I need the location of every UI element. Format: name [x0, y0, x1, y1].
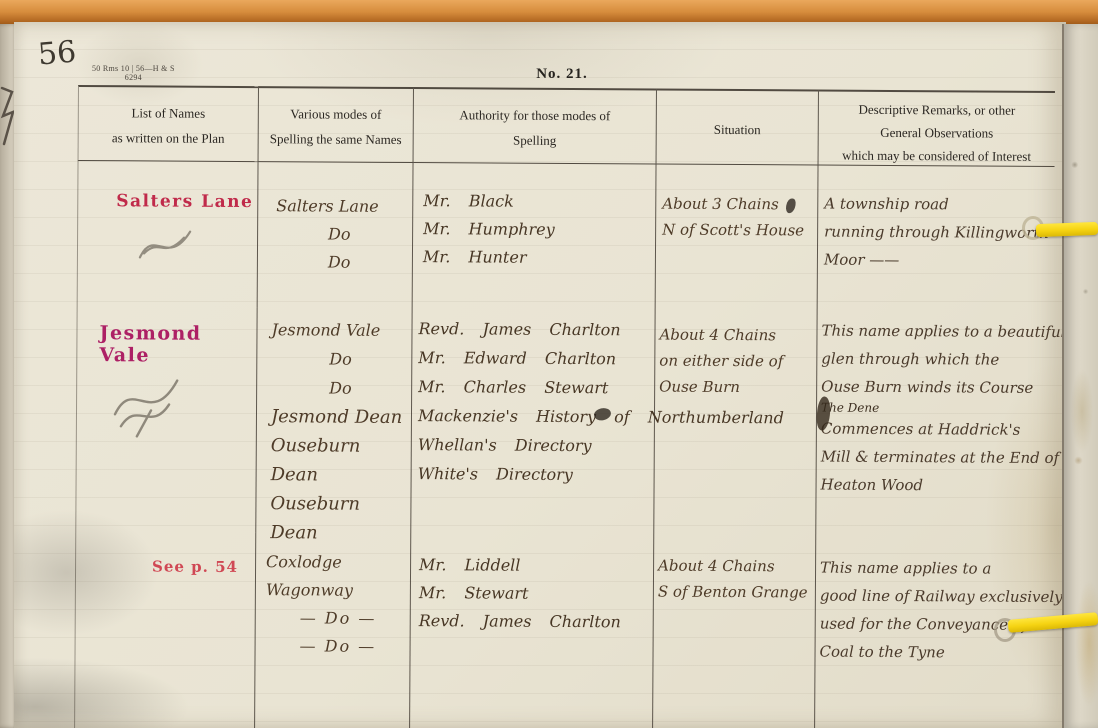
remark-line: Moor —— — [824, 246, 1054, 275]
remark-line: A township road — [824, 190, 1054, 219]
header-situation: Situation — [657, 89, 819, 166]
header-authority: Authority for those modes of Spelling — [414, 87, 657, 164]
header-spelling-line2: Spelling the same Names — [259, 126, 413, 152]
yellow-ribbon-tie — [1036, 222, 1098, 237]
row2-spellings-cell: Jesmond Vale Do Do Jesmond Dean Ouseburn… — [256, 307, 412, 533]
row2-authorities-cell: Revd. James Charlton Mr. Edward Charlton… — [411, 308, 655, 534]
remark-line: This name applies to a beautiful — [821, 317, 1053, 346]
scanned-register-document: 56 50 Rms 10 | 56—H & S 6294 No. 21. Lis… — [0, 0, 1098, 728]
remark-line: good line of Railway exclusively — [820, 582, 1052, 611]
spelling-line: Do — [276, 220, 412, 249]
register-table: List of Names as written on the Plan Var… — [74, 85, 1055, 728]
header-spelling-line1: Various modes of — [259, 101, 413, 127]
remark-line: Heaton Wood — [820, 471, 1052, 500]
header-remarks-line1: Descriptive Remarks, or other — [819, 98, 1055, 122]
row3-plan-name-cell: See p. 54 — [74, 531, 256, 728]
plan-name-salters-lane: Salters Lane — [116, 191, 257, 212]
spelling-line: — Do — — [265, 632, 409, 661]
printers-code-line2: 6294 — [92, 73, 175, 82]
row3-situation-cell: About 4 Chains S of Benton Grange — [653, 535, 816, 728]
pencil-checkmark — [107, 370, 217, 441]
printers-code-line1: 50 Rms 10 | 56—H & S — [92, 64, 175, 73]
header-authority-line2: Spelling — [414, 127, 656, 153]
situation-line: About 4 Chains — [659, 322, 816, 349]
row1-situation-cell: About 3 Chains N of Scott's House — [656, 165, 819, 311]
plan-note-see-p54: See p. 54 — [152, 557, 255, 576]
row3-authorities-cell: Mr. Liddell Mr. Stewart Revd. James Char… — [410, 533, 654, 728]
header-names-line2: as written on the Plan — [79, 125, 258, 151]
authority-line: Mr. Humphrey — [423, 215, 655, 244]
spelling-line: Jesmond Vale — [271, 315, 411, 345]
spelling-line: Do — [271, 344, 411, 374]
spelling-line: Coxlodge Wagonway — [266, 548, 410, 605]
authority-line: Mr. Hunter — [423, 243, 655, 272]
header-descriptive-remarks: Descriptive Remarks, or other General Ob… — [819, 90, 1055, 167]
spelling-line: Do — [271, 373, 411, 403]
spelling-line: Jesmond Dean — [271, 402, 411, 432]
row1-plan-name-cell: Salters Lane — [77, 161, 259, 307]
row1-remarks-cell: A township road running through Killingw… — [818, 166, 1055, 312]
spelling-line: — Do — — [266, 604, 410, 633]
pencil-checkmark — [134, 223, 224, 272]
remark-line-inserted: The Dene — [821, 401, 1053, 416]
authority-line: Mackenzie's History of Northumberland — [418, 401, 654, 431]
situation-line: on either side of — [659, 348, 816, 375]
situation-line: N of Scott's House — [662, 217, 817, 244]
row1-authorities-cell: Mr. Black Mr. Humphrey Mr. Hunter — [413, 163, 657, 309]
header-names-line1: List of Names — [79, 100, 258, 126]
sheet-number-title: No. 21. — [482, 66, 642, 83]
remark-line: Mill & terminates at the End of — [821, 443, 1053, 472]
remark-line: Commences at Haddrick's — [821, 415, 1053, 444]
authority-line: Whellan's Directory — [418, 430, 654, 460]
header-authority-line1: Authority for those modes of — [414, 102, 656, 128]
authority-line: Mr. Charles Stewart — [418, 372, 654, 402]
header-list-of-names: List of Names as written on the Plan — [78, 85, 259, 162]
spelling-line: Salters Lane — [276, 192, 412, 221]
situation-line: About 3 Chains — [662, 195, 779, 214]
page-number: 56 — [37, 34, 78, 72]
authority-line: Revd. James Charlton — [418, 314, 654, 344]
ink-stamp-icon — [785, 197, 797, 213]
row2-remarks-cell: This name applies to a beautiful glen th… — [816, 311, 1053, 537]
authority-line: Mr. Black — [423, 187, 655, 216]
spelling-line: Ouseburn Dean — [271, 431, 411, 490]
remark-line: running through Killingworth — [824, 218, 1054, 247]
situation-line: S of Benton Grange — [658, 579, 815, 606]
situation-line: Ouse Burn — [659, 374, 816, 401]
authority-line: Mr. Liddell — [419, 551, 653, 580]
header-situation-line1: Situation — [657, 117, 818, 143]
remark-line: Coal to the Tyne — [819, 638, 1051, 667]
row3-spellings-cell: Coxlodge Wagonway — Do — — Do — — [255, 532, 411, 728]
spelling-line: Do — [276, 248, 412, 277]
authority-line: Mr. Edward Charlton — [418, 343, 654, 373]
authority-line: Mr. Stewart — [419, 579, 653, 608]
header-various-modes: Various modes of Spelling the same Names — [259, 86, 414, 163]
plan-name-jesmond-vale: Jesmond Vale — [99, 322, 256, 367]
authority-line: Revd. James Charlton — [419, 607, 653, 636]
header-remarks-line3: which may be considered of Interest — [819, 144, 1055, 168]
row2-plan-name-cell: Jesmond Vale — [75, 306, 257, 532]
printers-code: 50 Rms 10 | 56—H & S 6294 — [92, 64, 175, 82]
situation-line: About 4 Chains — [658, 553, 815, 580]
remark-line: This name applies to a — [820, 554, 1052, 583]
authority-line: White's Directory — [418, 459, 654, 489]
row1-spellings-cell: Salters Lane Do Do — [258, 162, 414, 308]
row2-situation-cell: About 4 Chains on either side of Ouse Bu… — [654, 310, 817, 536]
header-remarks-line2: General Observations — [819, 121, 1055, 145]
remark-line: Ouse Burn winds its Course — [821, 373, 1053, 402]
register-page: 56 50 Rms 10 | 56—H & S 6294 No. 21. Lis… — [14, 22, 1066, 728]
remark-line: glen through which the — [821, 345, 1053, 374]
